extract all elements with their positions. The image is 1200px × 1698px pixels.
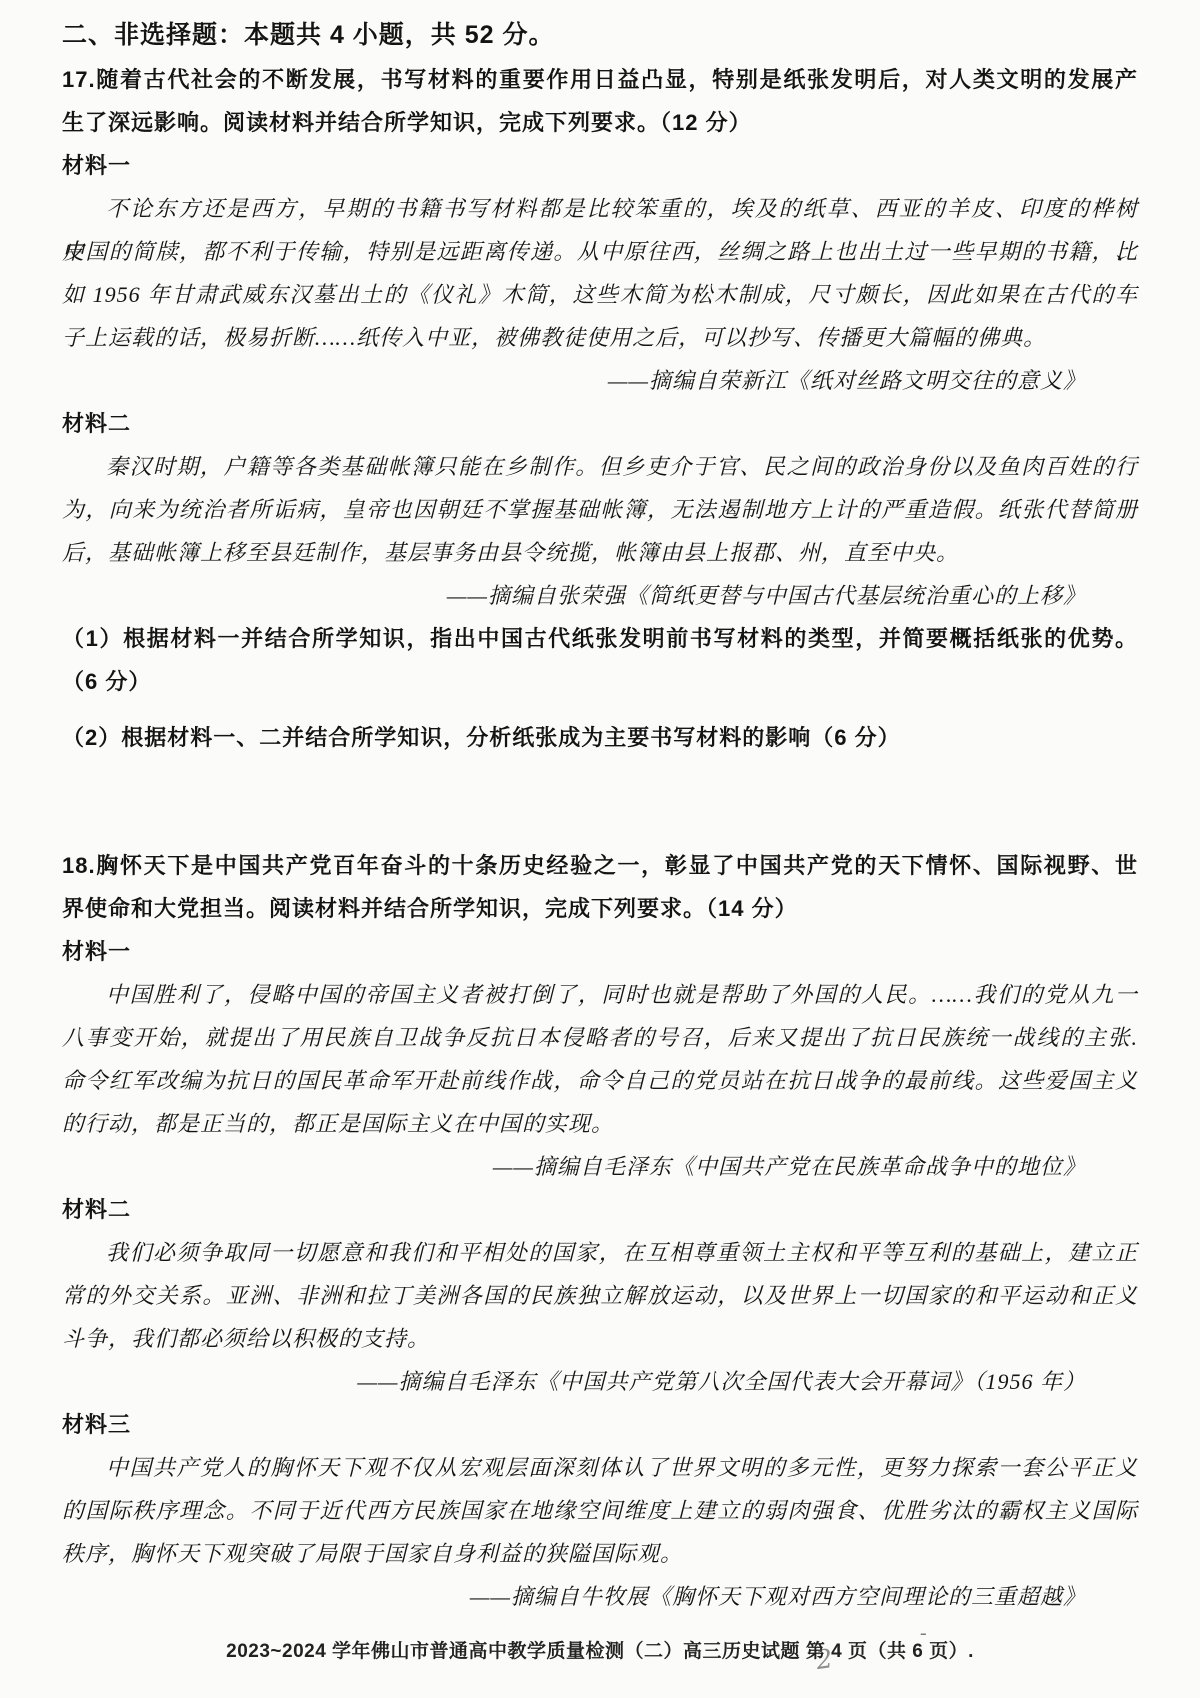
q17-material1-label: 材料一 [62,144,1138,187]
q18-material3-line-3: 秩序，胸怀天下观突破了局限于国家自身利益的狭隘国际观。 [62,1532,1138,1575]
q17-material2-line-3: 后，基础帐簿上移至县廷制作，基层事务由县令统揽，帐簿由县上报郡、州，直至中央。 [62,531,1138,574]
q18-stem-line-2: 界使命和大党担当。阅读材料并结合所学知识，完成下列要求。（14 分） [62,887,1138,930]
q17-material2-line-2: 为，向来为统治者所诟病，皇帝也因朝廷不掌握基础帐簿，无法遏制地方上计的严重造假。… [62,488,1138,531]
q17-material1-line-1: 不论东方还是西方，早期的书籍书写材料都是比较笨重的，埃及的纸草、西亚的羊皮、印度… [62,187,1138,230]
question-18: 18.胸怀天下是中国共产党百年奋斗的十条历史经验之一，彰显了中国共产党的天下情怀… [62,844,1138,1618]
q18-material3-line-2: 的国际秩序理念。不同于近代西方民族国家在地缘空间维度上建立的弱肉强食、优胜劣汰的… [62,1489,1138,1532]
q18-material1-line-3: 命令红军改编为抗日的国民革命军开赴前线作战，命令自己的党员站在抗日战争的最前线。… [62,1059,1138,1102]
q18-material2-line-3: 斗争，我们都必须给以积极的支持。 [62,1317,1138,1360]
q17-material1-line-4: 子上运载的话，极易折断……纸传入中亚，被佛教徒使用之后，可以抄写、传播更大篇幅的… [62,316,1138,359]
q18-material3-line-1: 中国共产党人的胸怀天下观不仅从宏观层面深刻体认了世界文明的多元性，更努力探索一套… [62,1446,1138,1489]
q18-material2-label: 材料二 [62,1188,1138,1231]
q18-material2-line-1: 我们必须争取同一切愿意和我们和平相处的国家，在互相尊重领土主权和平等互利的基础上… [62,1231,1138,1274]
q17-material1-line-2: 中国的简牍，都不利于传输，特别是远距离传递。从中原往西，丝绸之路上也出土过一些早… [62,230,1138,273]
stray-scan-mark: - [920,1622,927,1645]
q18-material1-attribution: ——摘编自毛泽东《中国共产党在民族革命战争中的地位》 [62,1145,1138,1188]
page-footer: 2023~2024 学年佛山市普通高中教学质量检测（二）高三历史试题 第 4 页… [62,1636,1138,1663]
section-title: 二、非选择题：本题共 4 小题，共 52 分。 [62,12,1138,58]
q18-stem-line-1: 18.胸怀天下是中国共产党百年奋斗的十条历史经验之一，彰显了中国共产党的天下情怀… [62,844,1138,887]
q18-material1-label: 材料一 [62,930,1138,973]
q17-material1-attribution: ——摘编自荣新江《纸对丝路文明交往的意义》 [62,359,1138,402]
question-17: 17.随着古代社会的不断发展，书写材料的重要作用日益凸显，特别是纸张发明后，对人… [62,58,1138,759]
q18-material2-line-2: 常的外交关系。亚洲、非洲和拉丁美洲各国的民族独立解放运动，以及世界上一切国家的和… [62,1274,1138,1317]
q17-subquestion-1-line-2: （6 分） [62,660,1138,703]
q18-material1-line-4: 的行动，都是正当的，都正是国际主义在中国的实现。 [62,1102,1138,1145]
q17-material2-line-1: 秦汉时期，户籍等各类基础帐簿只能在乡制作。但乡吏介于官、民之间的政治身份以及鱼肉… [62,445,1138,488]
q18-material2-attribution: ——摘编自毛泽东《中国共产党第八次全国代表大会开幕词》（1956 年） [62,1360,1138,1403]
q18-material1-line-2: 八事变开始，就提出了用民族自卫战争反抗日本侵略者的号召，后来又提出了抗日民族统一… [62,1016,1138,1059]
q18-material1-line-1: 中国胜利了，侵略中国的帝国主义者被打倒了，同时也就是帮助了外国的人民。……我们的… [62,973,1138,1016]
q17-subquestion-1-line-1: （1）根据材料一并结合所学知识，指出中国古代纸张发明前书写材料的类型，并简要概括… [62,617,1138,660]
exam-paper-page: 二、非选择题：本题共 4 小题，共 52 分。 17.随着古代社会的不断发展，书… [0,0,1200,1698]
handwritten-page-number: 2 [814,1644,835,1676]
q17-subquestion-2: （2）根据材料一、二并结合所学知识，分析纸张成为主要书写材料的影响（6 分） [62,716,1138,759]
q17-material2-attribution: ——摘编自张荣强《简纸更替与中国古代基层统治重心的上移》 [62,574,1138,617]
q17-stem-line-1: 17.随着古代社会的不断发展，书写材料的重要作用日益凸显，特别是纸张发明后，对人… [62,58,1138,101]
q18-material3-attribution: ——摘编自牛牧展《胸怀天下观对西方空间理论的三重超越》 [62,1575,1138,1618]
q17-material2-label: 材料二 [62,402,1138,445]
q18-material3-label: 材料三 [62,1403,1138,1446]
q17-stem-line-2: 生了深远影响。阅读材料并结合所学知识，完成下列要求。（12 分） [62,101,1138,144]
q17-material1-line-3: 如 1956 年甘肃武威东汉墓出土的《仪礼》木简，这些木简为松木制成，尺寸颇长，… [62,273,1138,316]
